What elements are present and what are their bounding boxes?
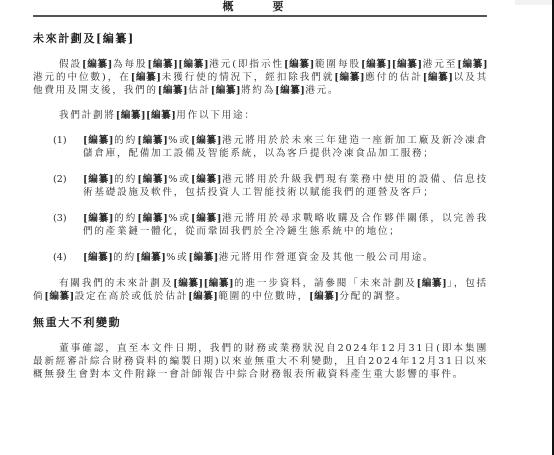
page-corner-shade	[515, 0, 552, 5]
redacted-marker: [編纂]	[146, 110, 176, 121]
paragraph-use-intro: 我們計劃將[編纂][編纂]用作以下用途：	[33, 109, 488, 122]
list-item-text: [編纂]的約[編纂]%或[編纂]港元將用作營運資金及其他一般公司用途。	[83, 251, 488, 264]
redacted-marker: [編纂]	[131, 72, 162, 83]
redacted-marker: [編纂]	[392, 59, 423, 70]
redacted-marker: [編纂]	[417, 278, 447, 289]
redacted-marker: [編纂]	[137, 135, 168, 146]
redacted-marker: [編纂]	[158, 85, 188, 96]
use-of-proceeds-list: (1) [編纂]的約[編纂]%或[編纂]港元將用於於未來三年建造一座新加工廠及新…	[33, 134, 488, 264]
paragraph-assumption: 假設[編纂]為每股[編纂][編纂]港元(即指示性[編纂]範圍每股[編纂][編纂]…	[33, 58, 488, 97]
redacted-marker: [編纂]	[137, 174, 168, 185]
redacted-marker: [編纂]	[457, 59, 488, 70]
redacted-marker: [編纂]	[173, 278, 203, 289]
redacted-marker: [編纂]	[44, 291, 74, 302]
list-item-text: [編纂]的約[編纂]%或[編纂]港元將用於於未來三年建造一座新加工廠及新冷凍倉儲…	[83, 134, 488, 160]
redacted-marker: [編纂]	[361, 59, 392, 70]
redacted-marker: [編纂]	[137, 213, 168, 224]
list-item: (2) [編纂]的約[編纂]%或[編纂]港元將用於升級我們現有業務中使用的設備、…	[33, 173, 488, 199]
redacted-marker: [編纂]	[191, 135, 222, 146]
header-rule	[33, 15, 487, 17]
redacted-marker: [編纂]	[188, 252, 218, 263]
document-body: 未來計劃及[編纂] 假設[編纂]為每股[編纂][編纂]港元(即指示性[編纂]範圍…	[33, 32, 488, 394]
redacted-marker: [編纂]	[82, 59, 113, 70]
redacted-marker: [編纂]	[334, 72, 365, 83]
section-future-plans: 未來計劃及[編纂] 假設[編纂]為每股[編纂][編纂]港元(即指示性[編纂]範圍…	[33, 32, 488, 303]
redacted-marker: [編纂]	[204, 278, 234, 289]
redacted-marker: [編纂]	[178, 59, 209, 70]
section-no-material-adverse-change: 無重大不利變動 董事確認，直至本文件日期，我們的財務或業務狀況自2024年12月…	[33, 316, 488, 381]
redacted-marker: [編纂]	[188, 291, 218, 302]
redacted-marker: [編纂]	[83, 252, 113, 263]
paragraph-directors-confirm: 董事確認，直至本文件日期，我們的財務或業務狀況自2024年12月31日(即本集團…	[33, 342, 488, 381]
redacted-marker: [編纂]	[309, 291, 339, 302]
redacted-marker: [編纂]	[191, 213, 222, 224]
redacted-marker: [編纂]	[83, 135, 114, 146]
list-item-number: (4)	[33, 251, 83, 264]
section-heading: 無重大不利變動	[33, 316, 488, 330]
redacted-marker: [編纂]	[423, 72, 454, 83]
list-item: (1) [編纂]的約[編纂]%或[編纂]港元將用於於未來三年建造一座新加工廠及新…	[33, 134, 488, 160]
redacted-marker: [編纂]	[275, 85, 305, 96]
redacted-marker: [編纂]	[136, 252, 166, 263]
list-item: (4) [編纂]的約[編纂]%或[編纂]港元將用作營運資金及其他一般公司用途。	[33, 251, 488, 264]
list-item-number: (3)	[33, 212, 83, 238]
section-heading: 未來計劃及[編纂]	[33, 32, 488, 46]
redacted-marker: [編纂]	[83, 213, 114, 224]
list-item-number: (1)	[33, 134, 83, 160]
redacted-marker: [編纂]	[148, 59, 179, 70]
page-title: 概 要	[0, 0, 520, 14]
paragraph-further-info: 有關我們的未來計劃及[編纂][編纂]的進一步資料，請參閱「未來計劃及[編纂]」，…	[33, 277, 488, 303]
list-item-text: [編纂]的約[編纂]%或[編纂]港元將用於尋求戰略收購及合作夥伴關係，以完善我們…	[83, 212, 488, 238]
redacted-marker: [編纂]	[191, 174, 222, 185]
redacted-marker: [編纂]	[83, 174, 114, 185]
redacted-marker: [編纂]	[116, 110, 146, 121]
list-item-text: [編纂]的約[編纂]%或[編纂]港元將用於升級我們現有業務中使用的設備、信息技術…	[83, 173, 488, 199]
list-item: (3) [編纂]的約[編纂]%或[編纂]港元將用於尋求戰略收購及合作夥伴關係，以…	[33, 212, 488, 238]
list-item-number: (2)	[33, 173, 83, 199]
redacted-marker: [編纂]	[284, 59, 315, 70]
redacted-marker: [編纂]	[211, 85, 241, 96]
